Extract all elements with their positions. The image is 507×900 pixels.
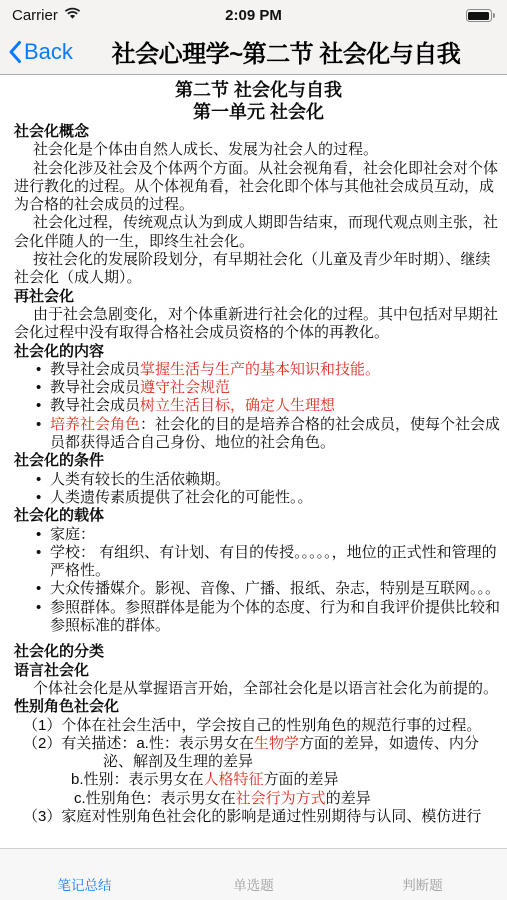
bullet-text: 大众传播媒介。影视、音像、广播、报纸、杂志，特别是互联网。。。: [50, 580, 503, 598]
body-text: 个体在社会生活中，学会按自己的性别角色的规范行事的过程。: [61, 717, 481, 734]
section-heading: 社会化的内容: [14, 343, 503, 361]
bullet-icon: •: [36, 599, 50, 636]
bullet-text: 人类遗传素质提供了社会化的可能性。。: [50, 489, 503, 507]
bullet-icon: •: [36, 416, 50, 453]
body-text: 个体社会化是从掌握语言开始，全部社会化是以语言社会化为前提的。: [33, 680, 498, 697]
red-highlight-text: 社会行为方式: [236, 790, 326, 807]
bullet-item: •教导社会成员掌握生活与生产的基本知识和技能。: [14, 361, 503, 379]
bullet-item: •大众传播媒介。影视、音像、广播、报纸、杂志，特别是互联网。。。: [14, 580, 503, 598]
bullet-icon: •: [36, 379, 50, 397]
text-line: b.性别：表示男女在人格特征方面的差异: [14, 771, 503, 789]
status-time: 2:09 PM: [0, 7, 507, 24]
bullet-item: •人类有较长的生活依赖期。: [14, 471, 503, 489]
bullet-item: •家庭：: [14, 526, 503, 544]
section-title: 第二节 社会化与自我: [14, 79, 503, 101]
bullet-text: 教导社会成员掌握生活与生产的基本知识和技能。: [50, 361, 503, 379]
text-line: 泌、解剖及生理的差异: [14, 753, 503, 771]
tab-single-choice[interactable]: 单选题: [169, 849, 338, 900]
paragraph: 社会化过程，传统观点认为到成人期即告结束，而现代观点则主张，社会化伴随人的一生，…: [14, 214, 503, 251]
red-highlight-text: 人格特征: [204, 771, 264, 788]
body-text: 方面的差异: [264, 771, 339, 788]
red-highlight-text: 掌握生活与生产的基本知识和技能。: [140, 361, 380, 378]
bullet-item: •人类遗传素质提供了社会化的可能性。。: [14, 489, 503, 507]
tab-label: 判断题: [402, 874, 443, 894]
bullet-text: 参照群体。参照群体是能为个体的态度、行为和自我评价提供比较和参照标准的群体。: [50, 599, 503, 636]
bullet-icon: •: [36, 471, 50, 489]
bullet-text: 学校： 有组织、有计划、有目的传授。。。。。，地位的正式性和管理的严格性。: [50, 544, 503, 581]
text-line: c.性别角色：表示男女在社会行为方式的差异: [14, 790, 503, 808]
app-screen: Carrier 2:09 PM Back 社会心理学~第二节: [0, 0, 507, 900]
body-text: （3）家庭对性别角色社会化的影响是通过性别期待与认同、模仿进行: [23, 808, 481, 825]
red-highlight-text: 遵守社会规范: [140, 379, 230, 396]
body-text: 大众传播媒介。影视、音像、广播、报纸、杂志，特别是互联网。。。: [50, 580, 500, 597]
section-heading: 社会化的载体: [14, 507, 503, 525]
body-text: 家庭：: [50, 526, 95, 543]
bullet-icon: •: [36, 489, 50, 507]
paragraph: 社会化涉及社会及个体两个方面。从社会视角看，社会化即社会对个体进行教化的过程。从…: [14, 160, 503, 215]
paragraph: 个体社会化是从掌握语言开始，全部社会化是以语言社会化为前提的。: [14, 680, 503, 698]
tab-notes-summary[interactable]: 笔记总结: [0, 849, 169, 900]
bullet-item: •参照群体。参照群体是能为个体的态度、行为和自我评价提供比较和参照标准的群体。: [14, 599, 503, 636]
number-label: （1）: [23, 717, 61, 734]
chevron-left-icon: [8, 40, 22, 64]
body-text: 教导社会成员: [50, 361, 140, 378]
notes-content-scroll[interactable]: 第二节 社会化与自我第一单元 社会化社会化概念社会化是个体由自然人成长、发展为社…: [0, 76, 507, 848]
bottom-tab-bar: 笔记总结单选题判断题: [0, 848, 507, 900]
body-text: b.性别：表示男女在: [71, 771, 204, 788]
section-heading: 社会化的分类: [14, 643, 503, 661]
body-text: 教导社会成员: [50, 379, 140, 396]
section-heading: 社会化概念: [14, 123, 503, 141]
body-text: 教导社会成员: [50, 397, 140, 414]
section-heading: 社会化的条件: [14, 452, 503, 470]
bullet-icon: •: [36, 397, 50, 415]
section-heading: 性别角色社会化: [14, 698, 503, 716]
number-label: （2）: [23, 735, 61, 752]
red-highlight-text: 树立生活目标，确定人生理想: [140, 397, 335, 414]
bullet-item: •教导社会成员树立生活目标，确定人生理想: [14, 397, 503, 415]
body-text: 的差异: [326, 790, 371, 807]
body-text: 社会化是个体由自然人成长、发展为社会人的过程。: [33, 141, 378, 158]
paragraph: 社会化是个体由自然人成长、发展为社会人的过程。: [14, 141, 503, 159]
body-text: 按社会化的发展阶段划分，有早期社会化（儿童及青少年时期）、继续社会化（成人期）。: [14, 251, 491, 286]
paragraph: 由于社会急剧变化，对个体重新进行社会化的过程。其中包括对早期社会化过程中没有取得…: [14, 306, 503, 343]
top-chrome: Carrier 2:09 PM Back 社会心理学~第二节: [0, 0, 507, 75]
red-highlight-text: 培养社会角色: [50, 416, 140, 433]
paragraph: 按社会化的发展阶段划分，有早期社会化（儿童及青少年时期）、继续社会化（成人期）。: [14, 251, 503, 288]
page-title: 社会心理学~第二节 社会化与自我: [73, 34, 499, 69]
back-label: Back: [24, 39, 73, 65]
body-text: 社会化过程，传统观点认为到成人期即告结束，而现代观点则主张，社会化伴随人的一生，…: [14, 214, 498, 249]
bullet-item: •学校： 有组织、有计划、有目的传授。。。。。，地位的正式性和管理的严格性。: [14, 544, 503, 581]
section-heading: 再社会化: [14, 288, 503, 306]
body-text: 参照群体。参照群体是能为个体的态度、行为和自我评价提供比较和参照标准的群体。: [50, 599, 500, 634]
text-line: （3）家庭对性别角色社会化的影响是通过性别期待与认同、模仿进行: [14, 808, 503, 826]
bullet-icon: •: [36, 526, 50, 544]
body-text: 学校： 有组织、有计划、有目的传授。。。。。，地位的正式性和管理的严格性。: [50, 544, 497, 579]
section-heading: 语言社会化: [14, 662, 503, 680]
body-text: 人类遗传素质提供了社会化的可能性。。: [50, 489, 313, 506]
bullet-item: •教导社会成员遵守社会规范: [14, 379, 503, 397]
tab-label: 笔记总结: [58, 874, 112, 894]
red-highlight-text: 生物学: [254, 735, 299, 752]
section-title: 第一单元 社会化: [14, 101, 503, 123]
body-text: c.性别角色：表示男女在: [74, 790, 236, 807]
tab-true-false[interactable]: 判断题: [338, 849, 507, 900]
body-text: 人类有较长的生活依赖期。: [50, 471, 230, 488]
bullet-icon: •: [36, 580, 50, 598]
bullet-text: 教导社会成员遵守社会规范: [50, 379, 503, 397]
navigation-bar: Back 社会心理学~第二节 社会化与自我: [0, 29, 507, 74]
bullet-icon: •: [36, 544, 50, 581]
bullet-text: 教导社会成员树立生活目标，确定人生理想: [50, 397, 503, 415]
status-bar: Carrier 2:09 PM: [0, 0, 507, 29]
body-text: 方面的差异，如遗传、内分: [299, 735, 479, 752]
body-text: 泌、解剖及生理的差异: [103, 753, 253, 770]
numbered-item: （1）个体在社会生活中，学会按自己的性别角色的规范行事的过程。: [14, 717, 503, 735]
body-text: 社会化涉及社会及个体两个方面。从社会视角看，社会化即社会对个体进行教化的过程。从…: [14, 160, 498, 214]
bullet-item: •培养社会角色：社会化的目的是培养合格的社会成员，使每个社会成员都获得适合自己身…: [14, 416, 503, 453]
body-text: 有关描述：a.性：表示男女在: [61, 735, 254, 752]
numbered-item: （2）有关描述：a.性：表示男女在生物学方面的差异，如遗传、内分: [14, 735, 503, 753]
bullet-icon: •: [36, 361, 50, 379]
bullet-text: 培养社会角色：社会化的目的是培养合格的社会成员，使每个社会成员都获得适合自己身份…: [50, 416, 503, 453]
back-button[interactable]: Back: [8, 39, 73, 65]
body-text: 由于社会急剧变化，对个体重新进行社会化的过程。其中包括对早期社会化过程中没有取得…: [14, 306, 498, 341]
bullet-text: 人类有较长的生活依赖期。: [50, 471, 503, 489]
bullet-text: 家庭：: [50, 526, 503, 544]
battery-icon: [466, 9, 492, 22]
tab-label: 单选题: [233, 874, 274, 894]
